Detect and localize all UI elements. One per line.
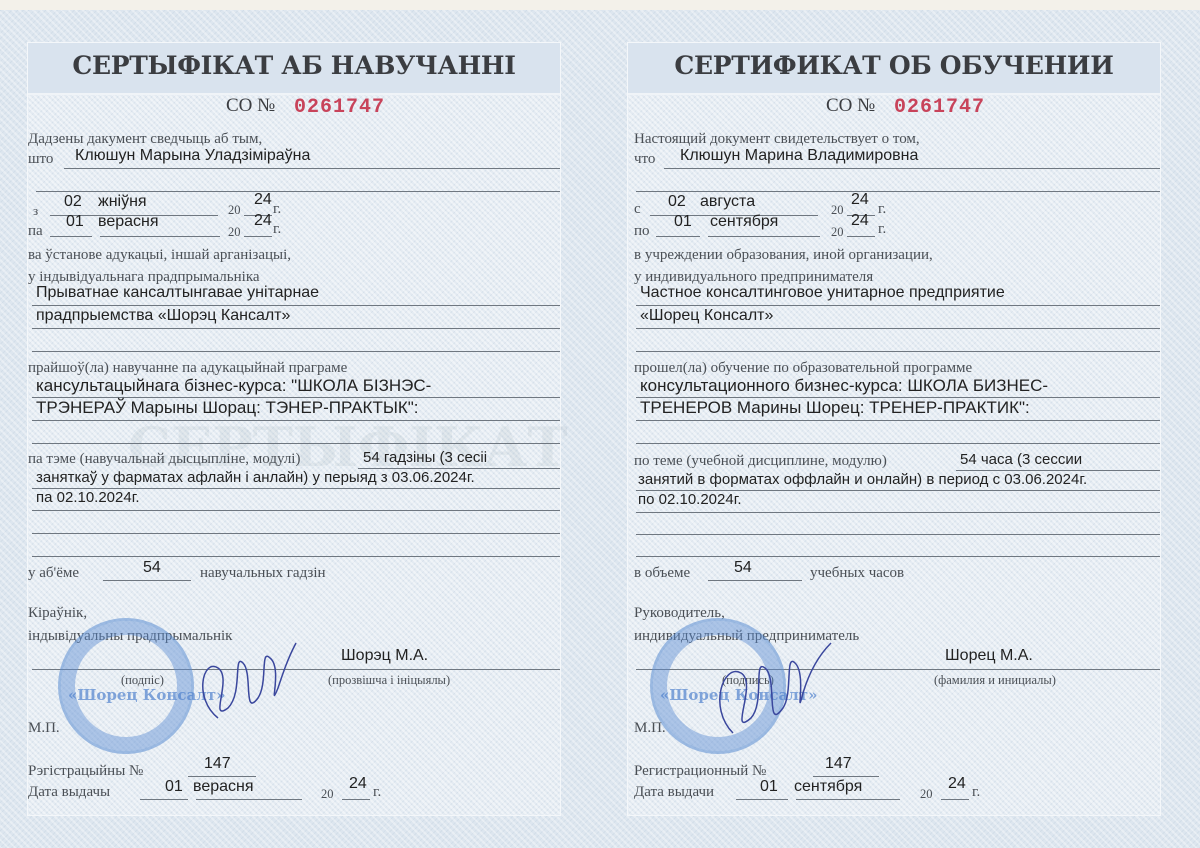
program-line-2: ТРЭНЕРАЎ Марыны Шорац: ТЭНЕР-ПРАКТЫК": <box>36 398 419 418</box>
intro-text: Дадзены дакумент сведчыць аб тым, <box>28 131 262 148</box>
seal-label: М.П. <box>634 720 666 737</box>
from-month: августа <box>700 193 755 211</box>
volume-value: 54 <box>734 559 752 577</box>
volume-unit: навучальных гадзін <box>200 565 326 582</box>
to-century: 20 <box>831 225 844 240</box>
from-label: з <box>33 203 38 219</box>
org-line-2: прадпрыемства «Шорэц Кансалт» <box>36 307 290 325</box>
issue-century: 20 <box>920 787 933 802</box>
from-day: 02 <box>64 193 82 211</box>
certificate-page-russian: СЕРТИФИКАТ ОБ ОБУЧЕНИИ СО № 0261747 Наст… <box>627 42 1161 816</box>
org-line-1: Прыватнае кансалтынгавае унітарнае <box>36 284 319 302</box>
program-label: прайшоў(ла) навучанне па адукацыйнай пра… <box>28 360 347 377</box>
series-label: СО № <box>826 95 875 117</box>
to-label: па <box>28 223 43 240</box>
to-month: сентября <box>710 213 778 231</box>
intro-text: Настоящий документ свидетельствует о том… <box>634 131 920 148</box>
from-day: 02 <box>668 193 686 211</box>
to-year: 24 <box>254 212 272 230</box>
volume-value: 54 <box>143 559 161 577</box>
series-label: СО № <box>226 95 275 117</box>
volume-unit: учебных часов <box>810 565 904 582</box>
topic-line-3: по 02.10.2024г. <box>638 491 742 508</box>
issue-year-suffix: г. <box>972 784 980 801</box>
to-month: верасня <box>98 213 159 231</box>
topic-line-2: занятий в форматах оффлайн и онлайн) в п… <box>638 471 1087 488</box>
page-title: СЕРТИФИКАТ ОБ ОБУЧЕНИИ <box>628 51 1160 80</box>
reg-label: Рэгістрацыйны № <box>28 763 143 780</box>
from-year-suffix: г. <box>273 201 281 218</box>
signature-icon <box>188 638 298 733</box>
holder-name: Клюшун Марына Уладзіміраўна <box>75 147 310 165</box>
program-line-1: кансультацыйнага бізнес-курса: "ШКОЛА БІ… <box>36 376 431 396</box>
from-month: жніўня <box>98 193 147 211</box>
to-day: 01 <box>66 213 84 231</box>
to-year: 24 <box>851 212 869 230</box>
issue-century: 20 <box>321 787 334 802</box>
org-line-2: «Шорец Консалт» <box>640 307 773 325</box>
name-caption: (прозвішча і ініцыялы) <box>328 673 450 688</box>
from-century: 20 <box>831 203 844 218</box>
certificate-page-belarusian: СЕРТЫФІКАТ СЕРТЫФІКАТ АБ НАВУЧАННІ СО № … <box>27 42 561 816</box>
topic-label: по теме (учебной дисциплине, модулю) <box>634 453 887 470</box>
reg-number: 147 <box>825 755 852 773</box>
org-label-1: в учреждении образования, иной организац… <box>634 247 933 264</box>
from-label: с <box>634 201 641 218</box>
head-label-1: Кіраўнік, <box>28 605 87 622</box>
who-label: что <box>634 151 655 168</box>
issue-day: 01 <box>760 778 778 796</box>
name-caption: (фамилия и инициалы) <box>934 673 1056 688</box>
topic-line-3: па 02.10.2024г. <box>36 489 140 506</box>
issue-month: верасня <box>193 778 254 796</box>
serial-number: 0261747 <box>294 96 385 119</box>
org-label-1: ва ўстанове адукацыі, іншай арганізацыі, <box>28 247 291 264</box>
topic-line-2: заняткаў у фарматах афлайн і анлайн) у п… <box>36 469 475 486</box>
issue-year-suffix: г. <box>373 784 381 801</box>
topic-line-1: 54 гадзіны (3 сесіі <box>363 449 487 466</box>
to-year-suffix: г. <box>273 221 281 238</box>
issue-month: сентября <box>794 778 862 796</box>
issue-day: 01 <box>165 778 183 796</box>
from-year: 24 <box>851 191 869 209</box>
volume-label: в объеме <box>634 565 690 582</box>
to-day: 01 <box>674 213 692 231</box>
to-century: 20 <box>228 225 241 240</box>
issue-year: 24 <box>349 775 367 793</box>
sheet-top-edge <box>0 0 1200 10</box>
serial-number: 0261747 <box>894 96 985 119</box>
signature-icon <box>703 638 833 748</box>
who-label: што <box>28 151 53 168</box>
topic-label: па тэме (навучальнай дысцыпліне, модулі) <box>28 451 300 468</box>
issue-label: Дата выдачи <box>634 784 714 801</box>
signer-name: Шорец М.А. <box>945 647 1033 665</box>
from-year: 24 <box>254 191 272 209</box>
page-title: СЕРТЫФІКАТ АБ НАВУЧАННІ <box>28 51 560 80</box>
from-year-suffix: г. <box>878 201 886 218</box>
program-line-2: ТРЕНЕРОВ Марины Шорец: ТРЕНЕР-ПРАКТИК": <box>640 398 1030 418</box>
volume-label: у аб'ёме <box>28 565 79 582</box>
program-line-1: консультационного бизнес-курса: ШКОЛА БИ… <box>640 376 1048 396</box>
seal-label: М.П. <box>28 720 60 737</box>
holder-name: Клюшун Марина Владимировна <box>680 147 918 165</box>
reg-label: Регистрационный № <box>634 763 766 780</box>
issue-year: 24 <box>948 775 966 793</box>
issue-label: Дата выдачы <box>28 784 110 801</box>
topic-line-1: 54 часа (3 сессии <box>960 451 1082 468</box>
from-century: 20 <box>228 203 241 218</box>
org-line-1: Частное консалтинговое унитарное предпри… <box>640 284 1005 302</box>
reg-number: 147 <box>204 755 231 773</box>
signer-name: Шорэц М.А. <box>341 647 428 665</box>
program-label: прошел(ла) обучение по образовательной п… <box>634 360 972 377</box>
to-year-suffix: г. <box>878 221 886 238</box>
to-label: по <box>634 223 650 240</box>
